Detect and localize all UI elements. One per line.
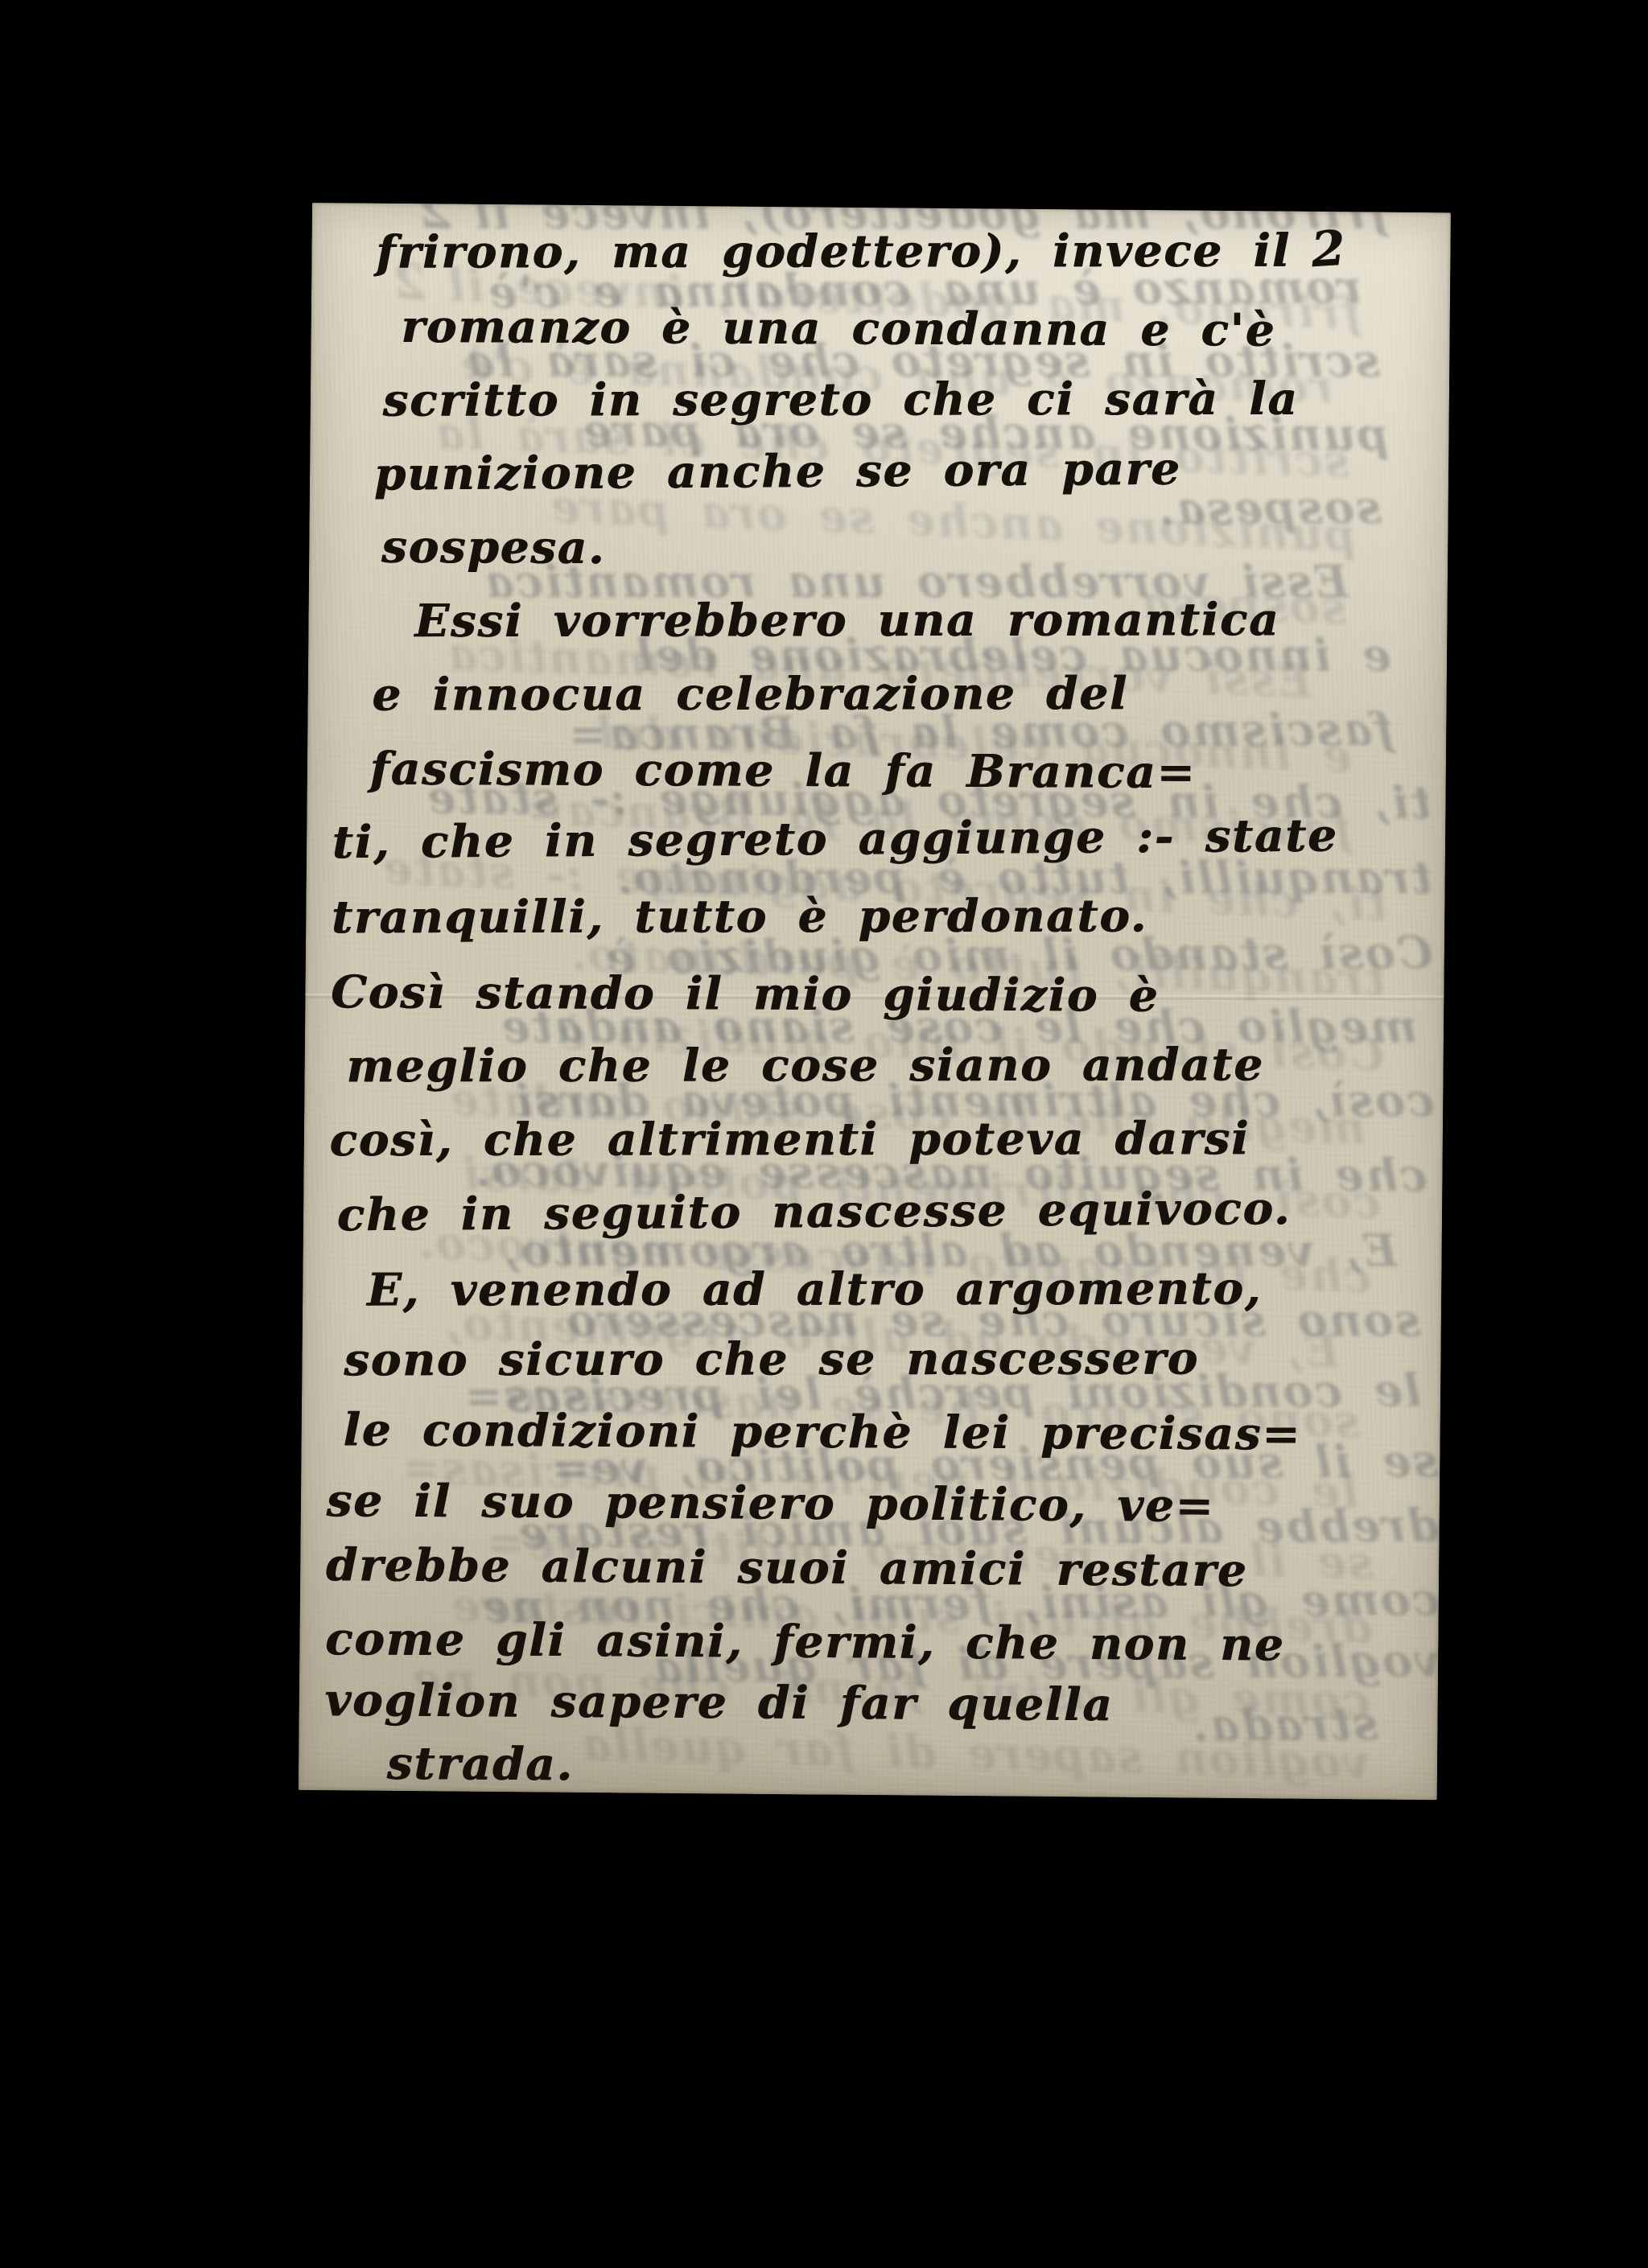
handwritten-line: romanzo è una condanna e c'è <box>402 300 1276 357</box>
page-number: 2 <box>1309 220 1346 278</box>
handwriting-layer: 2 frirono, ma godettero), invece il roma… <box>299 203 1451 1800</box>
scanner-background: 2 frirono, ma godettero), invece il roma… <box>0 0 1648 2268</box>
handwritten-line: che in seguito nascesse equivoco. <box>337 1182 1292 1241</box>
handwritten-line: Essi vorrebbero una romantica <box>414 593 1279 648</box>
letter-page: 2 frirono, ma godettero), invece il roma… <box>299 203 1451 1800</box>
handwritten-line: voglion sapere di far quella <box>325 1673 1114 1731</box>
handwritten-line: scritto in segreto che ci sarà la <box>383 373 1299 427</box>
handwritten-line: strada. <box>387 1737 575 1791</box>
handwritten-line: drebbe alcuni suoi amici restare <box>326 1538 1248 1597</box>
handwritten-line: se il suo pensiero politico, ve= <box>327 1474 1215 1533</box>
handwritten-line: e innocua celebrazione del <box>373 667 1129 722</box>
handwritten-line: sospesa. <box>381 521 606 574</box>
handwritten-line: frirono, ma godettero), invece il <box>376 224 1291 279</box>
handwritten-line: E, venendo ad altro argomento, <box>367 1262 1262 1317</box>
handwritten-line: fascismo come la fa Branca= <box>370 743 1197 799</box>
handwritten-line: meglio che le cose siano andate <box>347 1038 1265 1093</box>
handwritten-line: sono sicuro che se nascessero <box>344 1332 1199 1387</box>
handwritten-line: tranquilli, tutto è perdonato. <box>332 889 1147 944</box>
handwritten-line: Così stando il mio giudizio è <box>331 965 1159 1022</box>
handwritten-line: così, che altrimenti poteva darsi <box>330 1112 1250 1167</box>
handwritten-line: le condizioni perchè lei precisas= <box>344 1403 1302 1460</box>
handwritten-line: come gli asini, fermi, che non ne <box>325 1612 1285 1671</box>
handwritten-line: ti, che in segreto aggiunge :- state <box>332 809 1338 870</box>
handwritten-line: punizione anche se ora pare <box>374 442 1181 501</box>
